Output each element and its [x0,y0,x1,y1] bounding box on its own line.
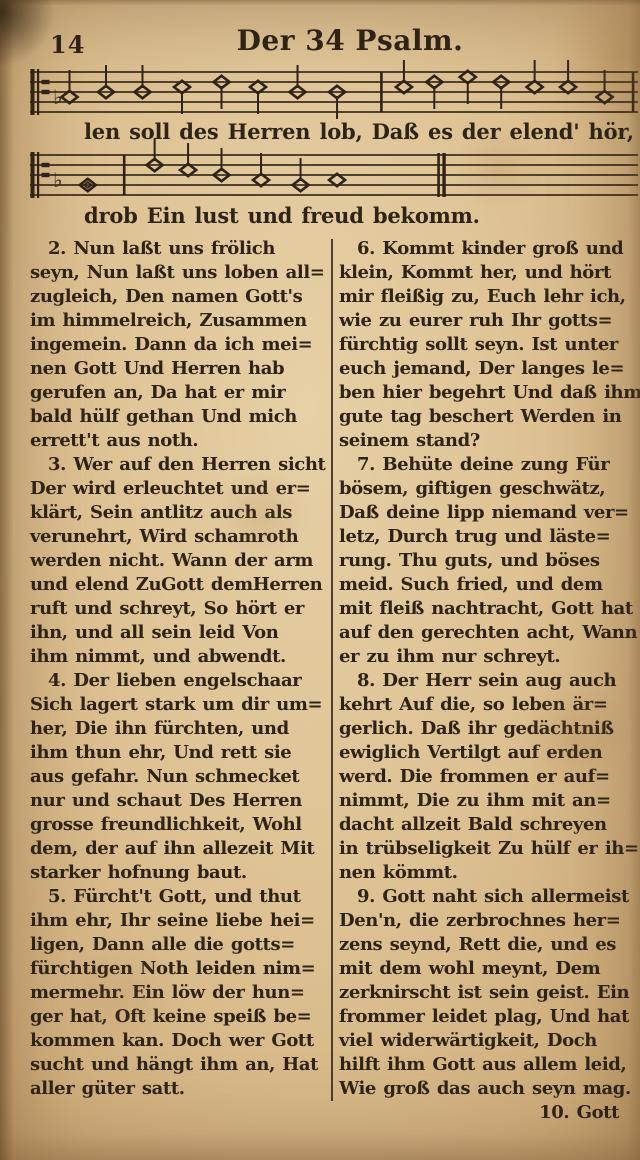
note-diamond [180,164,196,176]
breve-note [84,182,91,188]
note-diamond [426,76,442,88]
verse-3: 3. Wer auf den Herren sicht Der wird erl… [30,453,326,669]
flat-icon: ♭ [53,85,62,109]
verse-5: 5. Fürcht't Gott, und thut ihm ehr, Ihr … [30,885,326,1101]
book-page: 14 Der 34 Psalm. ♭ len soll des Herren l… [0,0,640,1160]
staff-start-bar [31,69,35,115]
note-diamond [527,81,543,93]
column-divider [331,239,333,1101]
note-diamond [147,159,163,171]
note-diamond [174,81,190,93]
note-diamond [250,81,266,93]
note-diamond [62,91,78,103]
note-diamond [597,91,613,103]
note-diamond [253,174,269,186]
catchword: 10. Gott [339,1101,635,1125]
note-diamond [329,86,345,98]
note-diamond [493,76,509,88]
verse-6: 6. Kommt kinder groß und klein, Kommt he… [339,237,635,453]
note-diamond [396,81,412,93]
note-diamond [214,169,230,181]
note-diamond [214,76,230,88]
verse-4: 4. Der lieben engelschaar Sich lagert st… [30,669,326,885]
note-diamond [329,174,345,186]
note-diamond [460,71,476,83]
staff-start-bar [31,152,35,198]
note-diamond [80,179,96,191]
verse-9: 9. Gott naht sich allermeist Den'n, die … [339,885,635,1101]
lyric-line-1: len soll des Herren lob, Daß es der elen… [84,119,640,144]
c-clef-icon [42,90,50,94]
left-column: 2. Nun laßt uns frölich seyn, Nun laßt u… [30,237,326,1125]
note-diamond [98,86,114,98]
c-clef-icon [42,163,50,167]
flat-icon: ♭ [53,168,62,192]
c-clef-icon [42,80,50,84]
lyric-line-2: drob Ein lust und freud bekomm. [84,203,480,228]
right-column: 6. Kommt kinder groß und klein, Kommt he… [339,237,635,1125]
c-clef-icon [42,173,50,177]
staff-start-bar [37,69,39,115]
verse-7: 7. Behüte deine zung Für bösem, giftigen… [339,453,635,669]
verse-2: 2. Nun laßt uns frölich seyn, Nun laßt u… [30,237,326,453]
verse-8: 8. Der Herr sein aug auch kehrt Auf die,… [339,669,635,885]
psalm-title: Der 34 Psalm. [60,24,640,57]
staff-start-bar [37,152,39,198]
note-diamond [560,81,576,93]
text-columns: 2. Nun laßt uns frölich seyn, Nun laßt u… [30,237,636,1125]
note-diamond [293,179,309,191]
note-diamond [290,86,306,98]
note-diamond [134,86,150,98]
